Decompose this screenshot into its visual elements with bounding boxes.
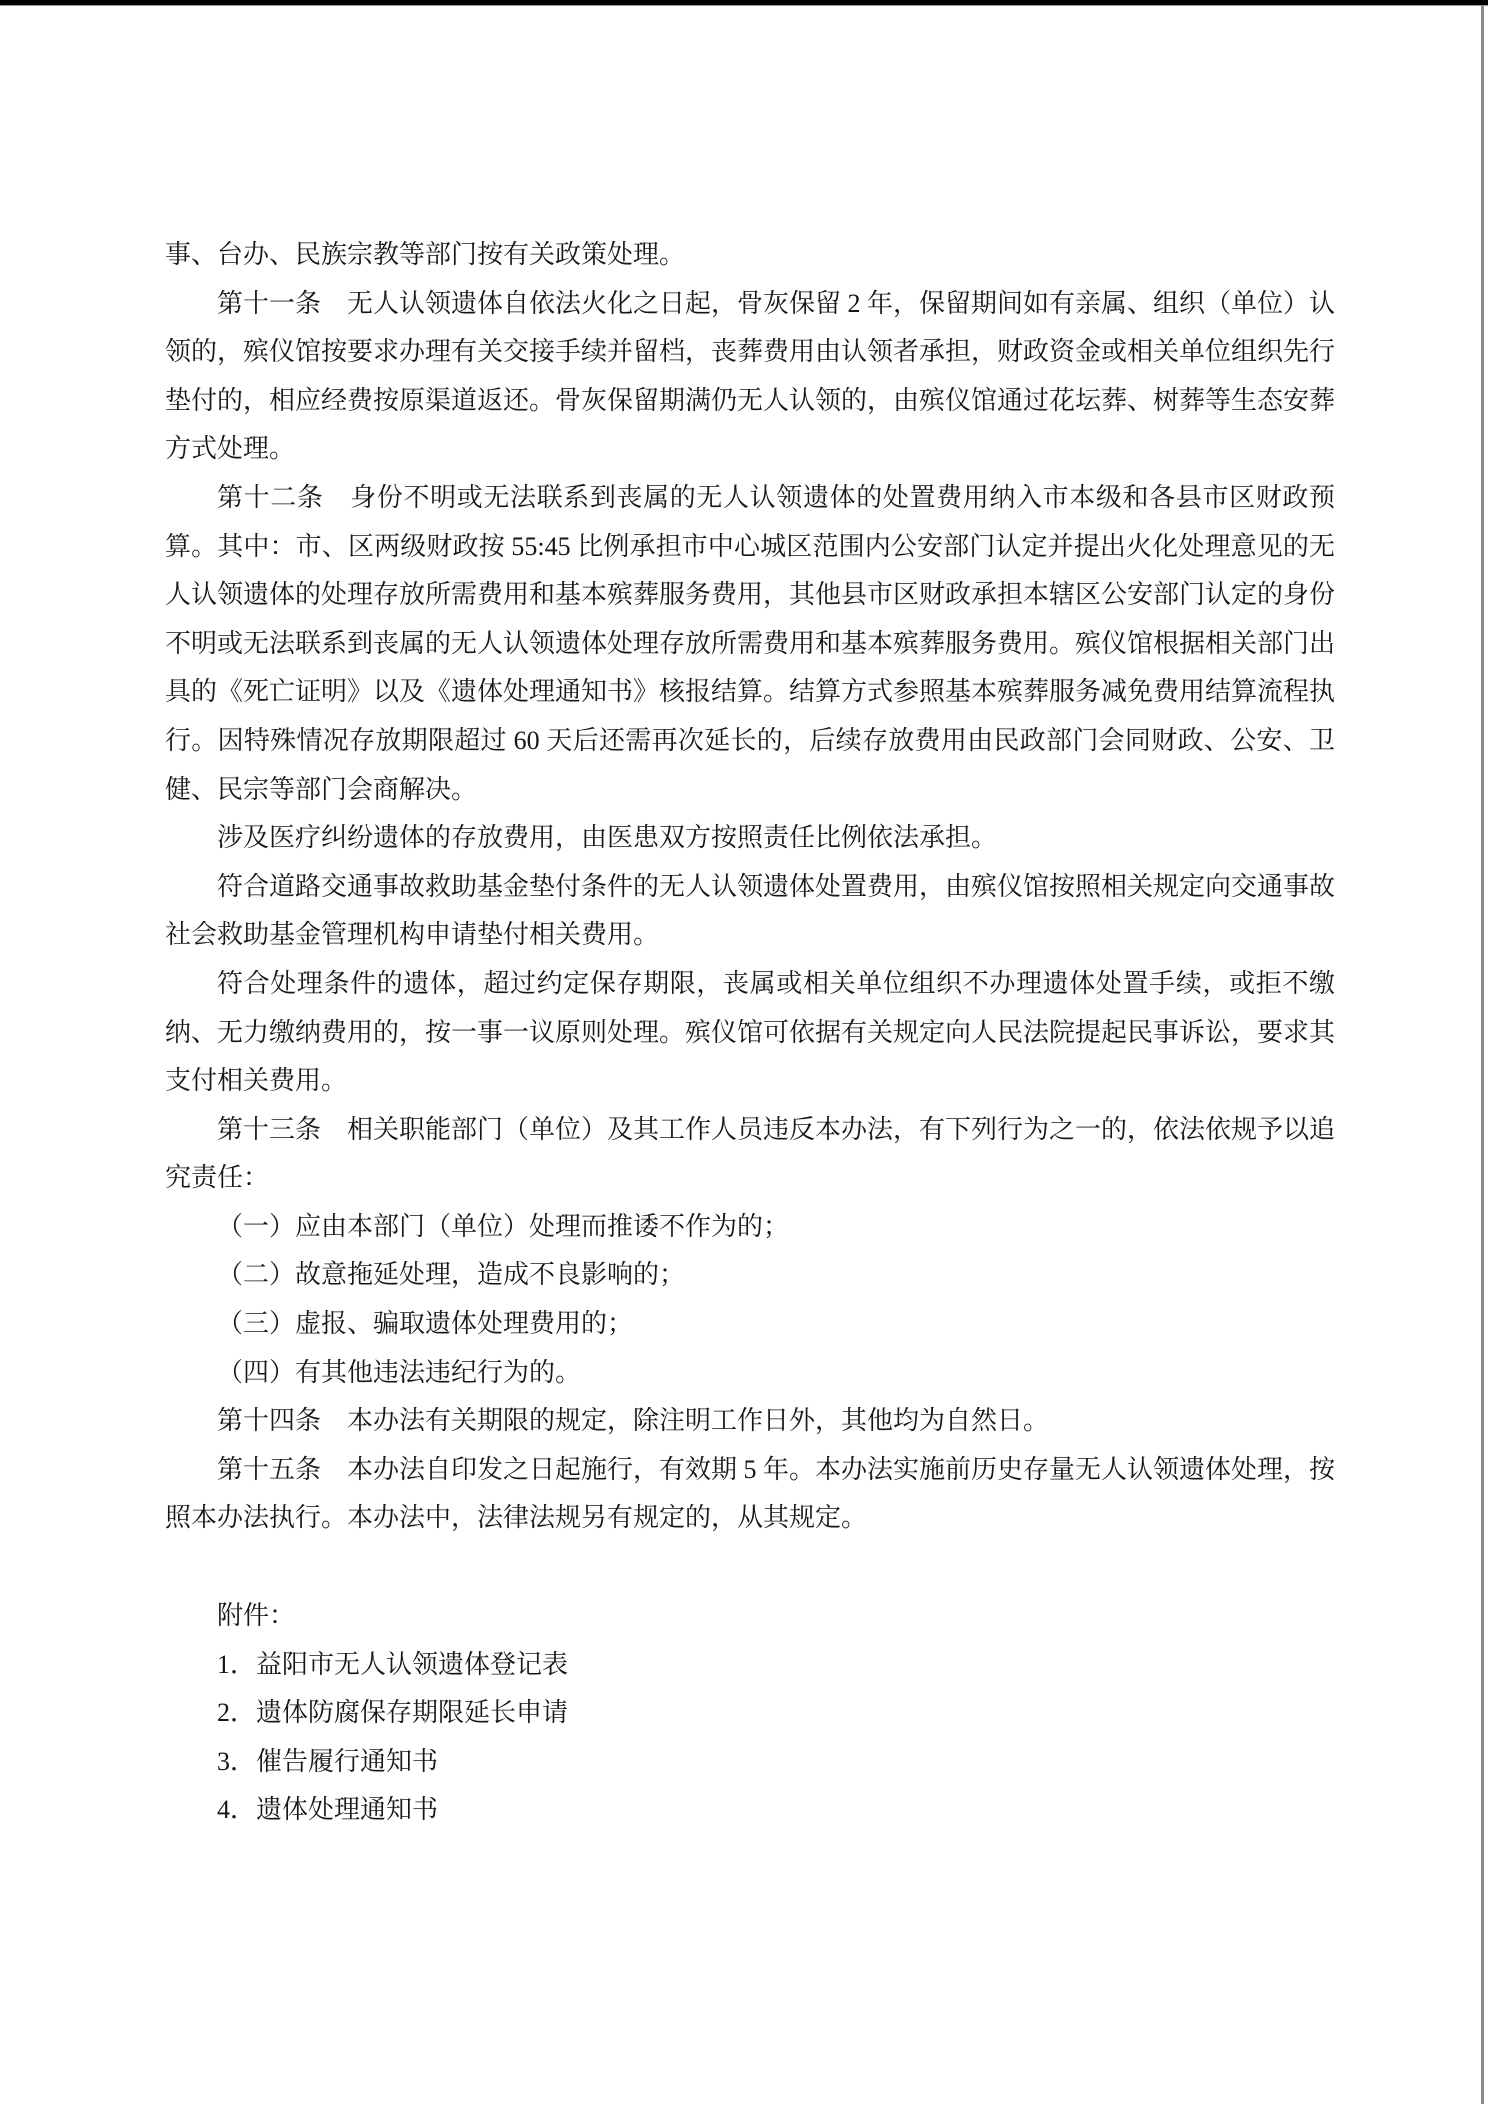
attachment-item-4: 4．遗体处理通知书 bbox=[165, 1786, 1335, 1835]
article-14-paragraph: 第十四条 本办法有关期限的规定，除注明工作日外，其他均为自然日。 bbox=[165, 1397, 1335, 1446]
article-13-item-2: （二）故意拖延处理，造成不良影响的； bbox=[165, 1251, 1335, 1300]
document-body: 事、台办、民族宗教等部门按有关政策处理。 第十一条 无人认领遗体自依法火化之日起… bbox=[165, 231, 1335, 1835]
article-13-item-4: （四）有其他违法违纪行为的。 bbox=[165, 1349, 1335, 1398]
article-13-paragraph: 第十三条 相关职能部门（单位）及其工作人员违反本办法，有下列行为之一的，依法依规… bbox=[165, 1106, 1335, 1203]
page-top-border bbox=[0, 0, 1488, 6]
article-11-paragraph: 第十一条 无人认领遗体自依法火化之日起，骨灰保留 2 年，保留期间如有亲属、组织… bbox=[165, 280, 1335, 474]
medical-dispute-paragraph: 涉及医疗纠纷遗体的存放费用，由医患双方按照责任比例依法承担。 bbox=[165, 814, 1335, 863]
traffic-accident-fund-paragraph: 符合道路交通事故救助基金垫付条件的无人认领遗体处置费用，由殡仪馆按照相关规定向交… bbox=[165, 863, 1335, 960]
continuation-paragraph: 事、台办、民族宗教等部门按有关政策处理。 bbox=[165, 231, 1335, 280]
page-right-border bbox=[1481, 6, 1484, 2104]
article-15-paragraph: 第十五条 本办法自印发之日起施行，有效期 5 年。本办法实施前历史存量无人认领遗… bbox=[165, 1446, 1335, 1543]
attachments-section: 附件： 1．益阳市无人认领遗体登记表 2．遗体防腐保存期限延长申请 3．催告履行… bbox=[165, 1592, 1335, 1835]
attachments-label: 附件： bbox=[165, 1592, 1335, 1641]
attachment-item-2: 2．遗体防腐保存期限延长申请 bbox=[165, 1689, 1335, 1738]
article-13-item-3: （三）虚报、骗取遗体处理费用的； bbox=[165, 1300, 1335, 1349]
attachment-item-1: 1．益阳市无人认领遗体登记表 bbox=[165, 1641, 1335, 1690]
attachment-item-3: 3．催告履行通知书 bbox=[165, 1738, 1335, 1787]
article-12-paragraph: 第十二条 身份不明或无法联系到丧属的无人认领遗体的处置费用纳入市本级和各县市区财… bbox=[165, 474, 1335, 814]
article-13-item-1: （一）应由本部门（单位）处理而推诿不作为的； bbox=[165, 1203, 1335, 1252]
overdue-storage-paragraph: 符合处理条件的遗体，超过约定保存期限，丧属或相关单位组织不办理遗体处置手续，或拒… bbox=[165, 960, 1335, 1106]
